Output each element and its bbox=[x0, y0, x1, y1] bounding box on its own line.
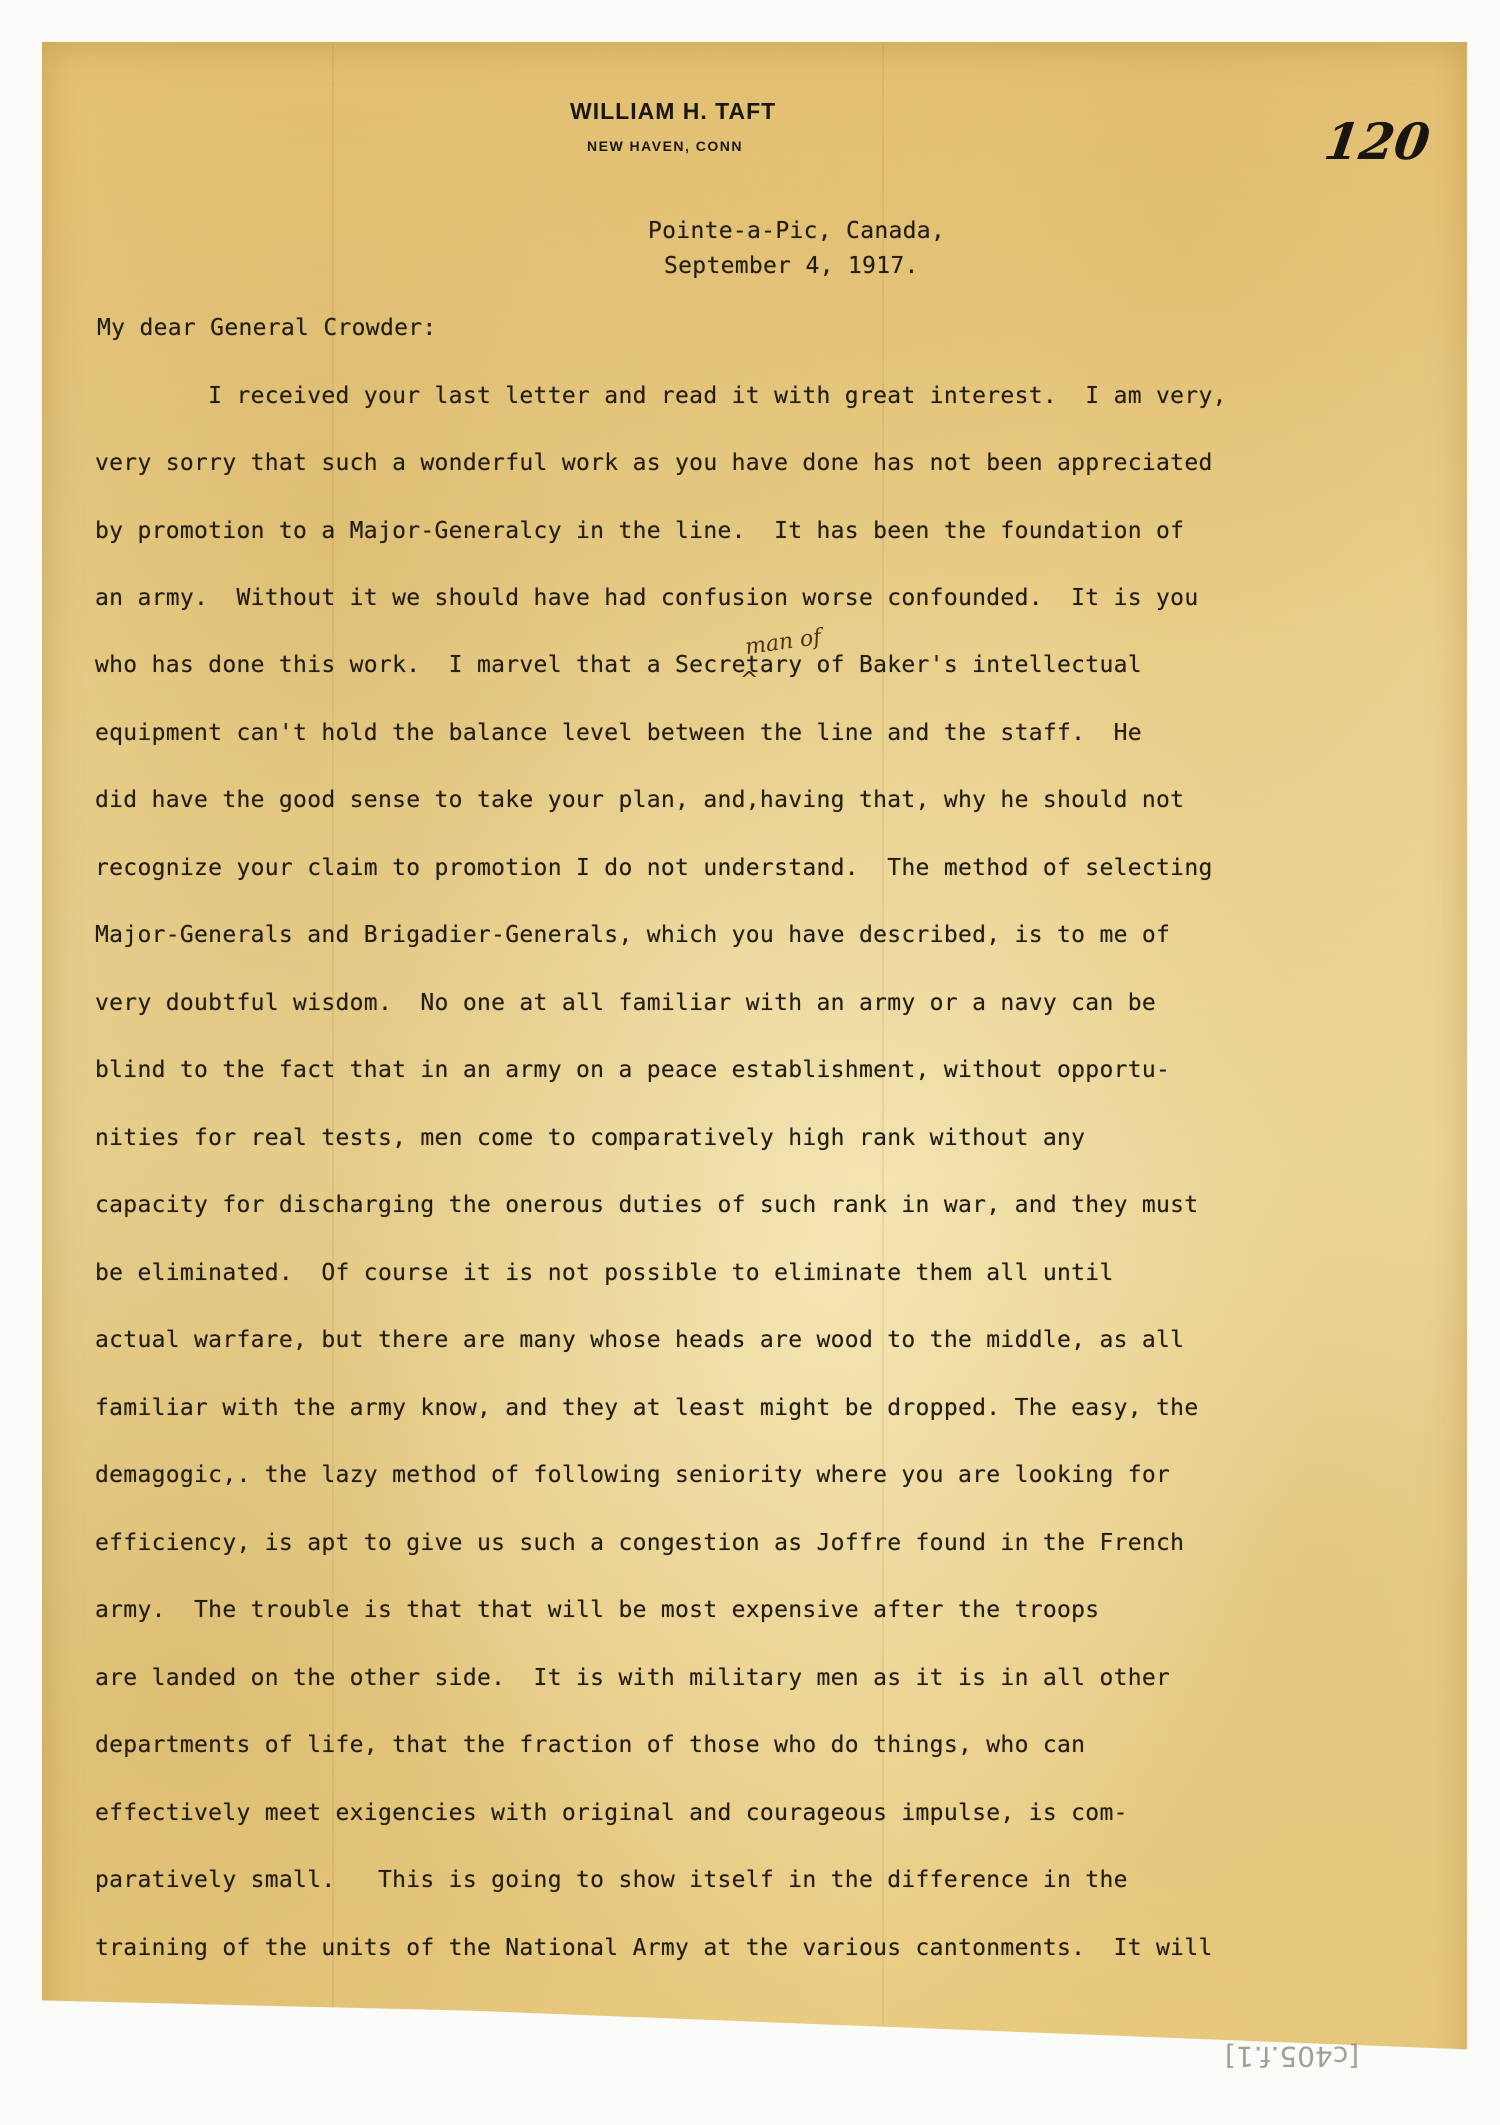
salutation: My dear General Crowder: bbox=[97, 315, 437, 341]
body-line: actual warfare, but there are many whose… bbox=[95, 1327, 1184, 1353]
body-line: who has done this work. I marvel that a … bbox=[95, 652, 1142, 678]
body-line: I received your last letter and read it … bbox=[95, 383, 1227, 409]
letter-date: September 4, 1917. bbox=[664, 253, 919, 279]
body-line: familiar with the army know, and they at… bbox=[95, 1395, 1198, 1421]
body-line: nities for real tests, men come to compa… bbox=[95, 1125, 1085, 1151]
body-line: be eliminated. Of course it is not possi… bbox=[95, 1260, 1114, 1286]
body-line: are landed on the other side. It is with… bbox=[95, 1665, 1170, 1691]
pencil-archive-mark: [c405.f.1] bbox=[1225, 2040, 1359, 2073]
letter-place: Pointe-a-Pic, Canada, bbox=[648, 218, 945, 244]
body-line: effectively meet exigencies with origina… bbox=[95, 1800, 1128, 1826]
body-line: did have the good sense to take your pla… bbox=[95, 787, 1184, 813]
body-line: recognize your claim to promotion I do n… bbox=[95, 855, 1213, 881]
body-line: blind to the fact that in an army on a p… bbox=[95, 1057, 1170, 1083]
body-line: by promotion to a Major-Generalcy in the… bbox=[95, 518, 1184, 544]
body-line: departments of life, that the fraction o… bbox=[95, 1732, 1085, 1758]
body-line: army. The trouble is that that will be m… bbox=[95, 1597, 1099, 1623]
letterhead-city: NEW HAVEN, CONN bbox=[587, 138, 743, 154]
body-line: very doubtful wisdom. No one at all fami… bbox=[95, 990, 1156, 1016]
handwritten-page-number: 120 bbox=[1321, 112, 1434, 171]
body-line: Major-Generals and Brigadier-Generals, w… bbox=[95, 922, 1170, 948]
body-line: training of the units of the National Ar… bbox=[95, 1935, 1213, 1961]
body-line: paratively small. This is going to show … bbox=[95, 1867, 1128, 1893]
body-line: demagogic,. the lazy method of following… bbox=[95, 1462, 1170, 1488]
body-line: equipment can't hold the balance level b… bbox=[95, 720, 1142, 746]
body-line: efficiency, is apt to give us such a con… bbox=[95, 1530, 1184, 1556]
body-line: very sorry that such a wonderful work as… bbox=[95, 450, 1213, 476]
body-line: capacity for discharging the onerous dut… bbox=[95, 1192, 1198, 1218]
body-line: an army. Without it we should have had c… bbox=[95, 585, 1198, 611]
letterhead-name: WILLIAM H. TAFT bbox=[570, 98, 776, 125]
